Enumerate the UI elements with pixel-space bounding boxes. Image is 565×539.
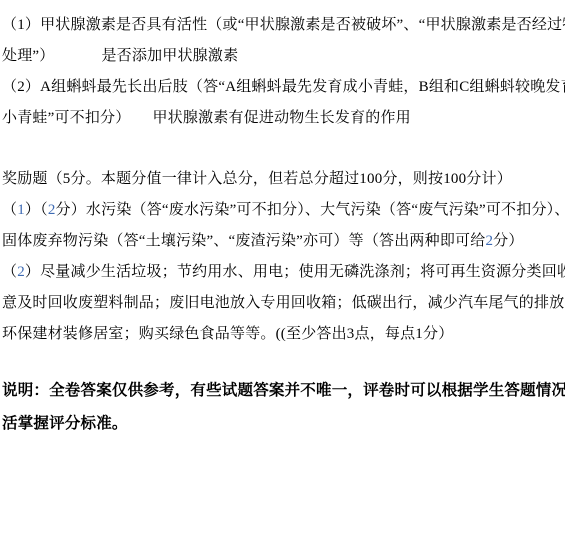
note-line: 说明：全卷答案仅供参考，有些试题答案并不唯一，评卷时可以根据学生答题情况灵 bbox=[2, 374, 565, 407]
blank-gap bbox=[54, 59, 101, 60]
answer-line: 处理”）是否添加甲状腺激素 bbox=[2, 41, 565, 72]
score-number: 2 bbox=[48, 202, 56, 218]
blank-gap bbox=[130, 121, 152, 122]
text-segment: ）（ bbox=[25, 202, 48, 218]
score-number: 1 bbox=[17, 202, 25, 218]
answer-line: 小青蛙”可不扣分）甲状腺激素有促进动物生长发育的作用 bbox=[2, 103, 565, 134]
answer-key-document: （1）甲状腺激素是否具有活性（或“甲状腺激素是否被破坏”、“甲状腺激素是否经过特… bbox=[0, 0, 565, 440]
text-segment: （ bbox=[2, 264, 17, 280]
text-segment: 活掌握评分标准。 bbox=[2, 415, 128, 432]
text-segment: 处理”） bbox=[2, 48, 54, 64]
score-number: 2 bbox=[17, 264, 25, 280]
text-segment: 小青蛙”可不扣分） bbox=[2, 110, 130, 126]
text-segment: ）尽量减少生活垃圾；节约用水、用电；使用无磷洗涤剂；将可再生资源分类回收，注 bbox=[25, 264, 565, 280]
text-segment: 分） bbox=[493, 233, 523, 249]
text-segment: 分）水污染（答“废水污染”可不扣分）、大气污染（答“废气污染”可不扣分）、 bbox=[56, 202, 565, 218]
score-number: 2 bbox=[485, 233, 493, 249]
text-segment: （ bbox=[2, 202, 17, 218]
text-segment: 奖励题（5分。本题分值一律计入总分，但若总分超过100分，则按100分计） bbox=[2, 171, 512, 187]
answer-line: （1）甲状腺激素是否具有活性（或“甲状腺激素是否被破坏”、“甲状腺激素是否经过特… bbox=[2, 10, 565, 41]
text-segment: 意及时回收废塑料制品；废旧电池放入专用回收箱；低碳出行，减少汽车尾气的排放；选用 bbox=[2, 295, 565, 311]
answer-line: 意及时回收废塑料制品；废旧电池放入专用回收箱；低碳出行，减少汽车尾气的排放；选用 bbox=[2, 288, 565, 319]
text-segment: 固体废弃物污染（答“土壤污染”、“废渣污染”亦可）等（答出两种即可给 bbox=[2, 233, 485, 249]
text-segment: 甲状腺激素有促进动物生长发育的作用 bbox=[152, 110, 410, 126]
answer-line: 固体废弃物污染（答“土壤污染”、“废渣污染”亦可）等（答出两种即可给2分） bbox=[2, 226, 565, 257]
text-segment: 说明：全卷答案仅供参考，有些试题答案并不唯一，评卷时可以根据学生答题情况灵 bbox=[2, 382, 565, 399]
text-segment: 是否添加甲状腺激素 bbox=[101, 48, 238, 64]
answer-line: 奖励题（5分。本题分值一律计入总分，但若总分超过100分，则按100分计） bbox=[2, 164, 565, 195]
answer-line: 环保建材装修居室；购买绿色食品等等。((至少答出3点，每点1分） bbox=[2, 319, 565, 350]
answer-line: （2）A组蝌蚪最先长出后肢（答“A组蝌蚪最先发育成小青蛙，B组和C组蝌蚪较晚发育… bbox=[2, 72, 565, 103]
text-segment: （1）甲状腺激素是否具有活性（或“甲状腺激素是否被破坏”、“甲状腺激素是否经过特… bbox=[2, 17, 565, 33]
answer-line: （2）尽量减少生活垃圾；节约用水、用电；使用无磷洗涤剂；将可再生资源分类回收，注 bbox=[2, 257, 565, 288]
text-segment: 环保建材装修居室；购买绿色食品等等。((至少答出3点，每点1分） bbox=[2, 326, 453, 342]
text-segment: （2）A组蝌蚪最先长出后肢（答“A组蝌蚪最先发育成小青蛙，B组和C组蝌蚪较晚发育… bbox=[2, 79, 565, 95]
note-line: 活掌握评分标准。 bbox=[2, 407, 565, 440]
answer-line: （1）（2分）水污染（答“废水污染”可不扣分）、大气污染（答“废气污染”可不扣分… bbox=[2, 195, 565, 226]
